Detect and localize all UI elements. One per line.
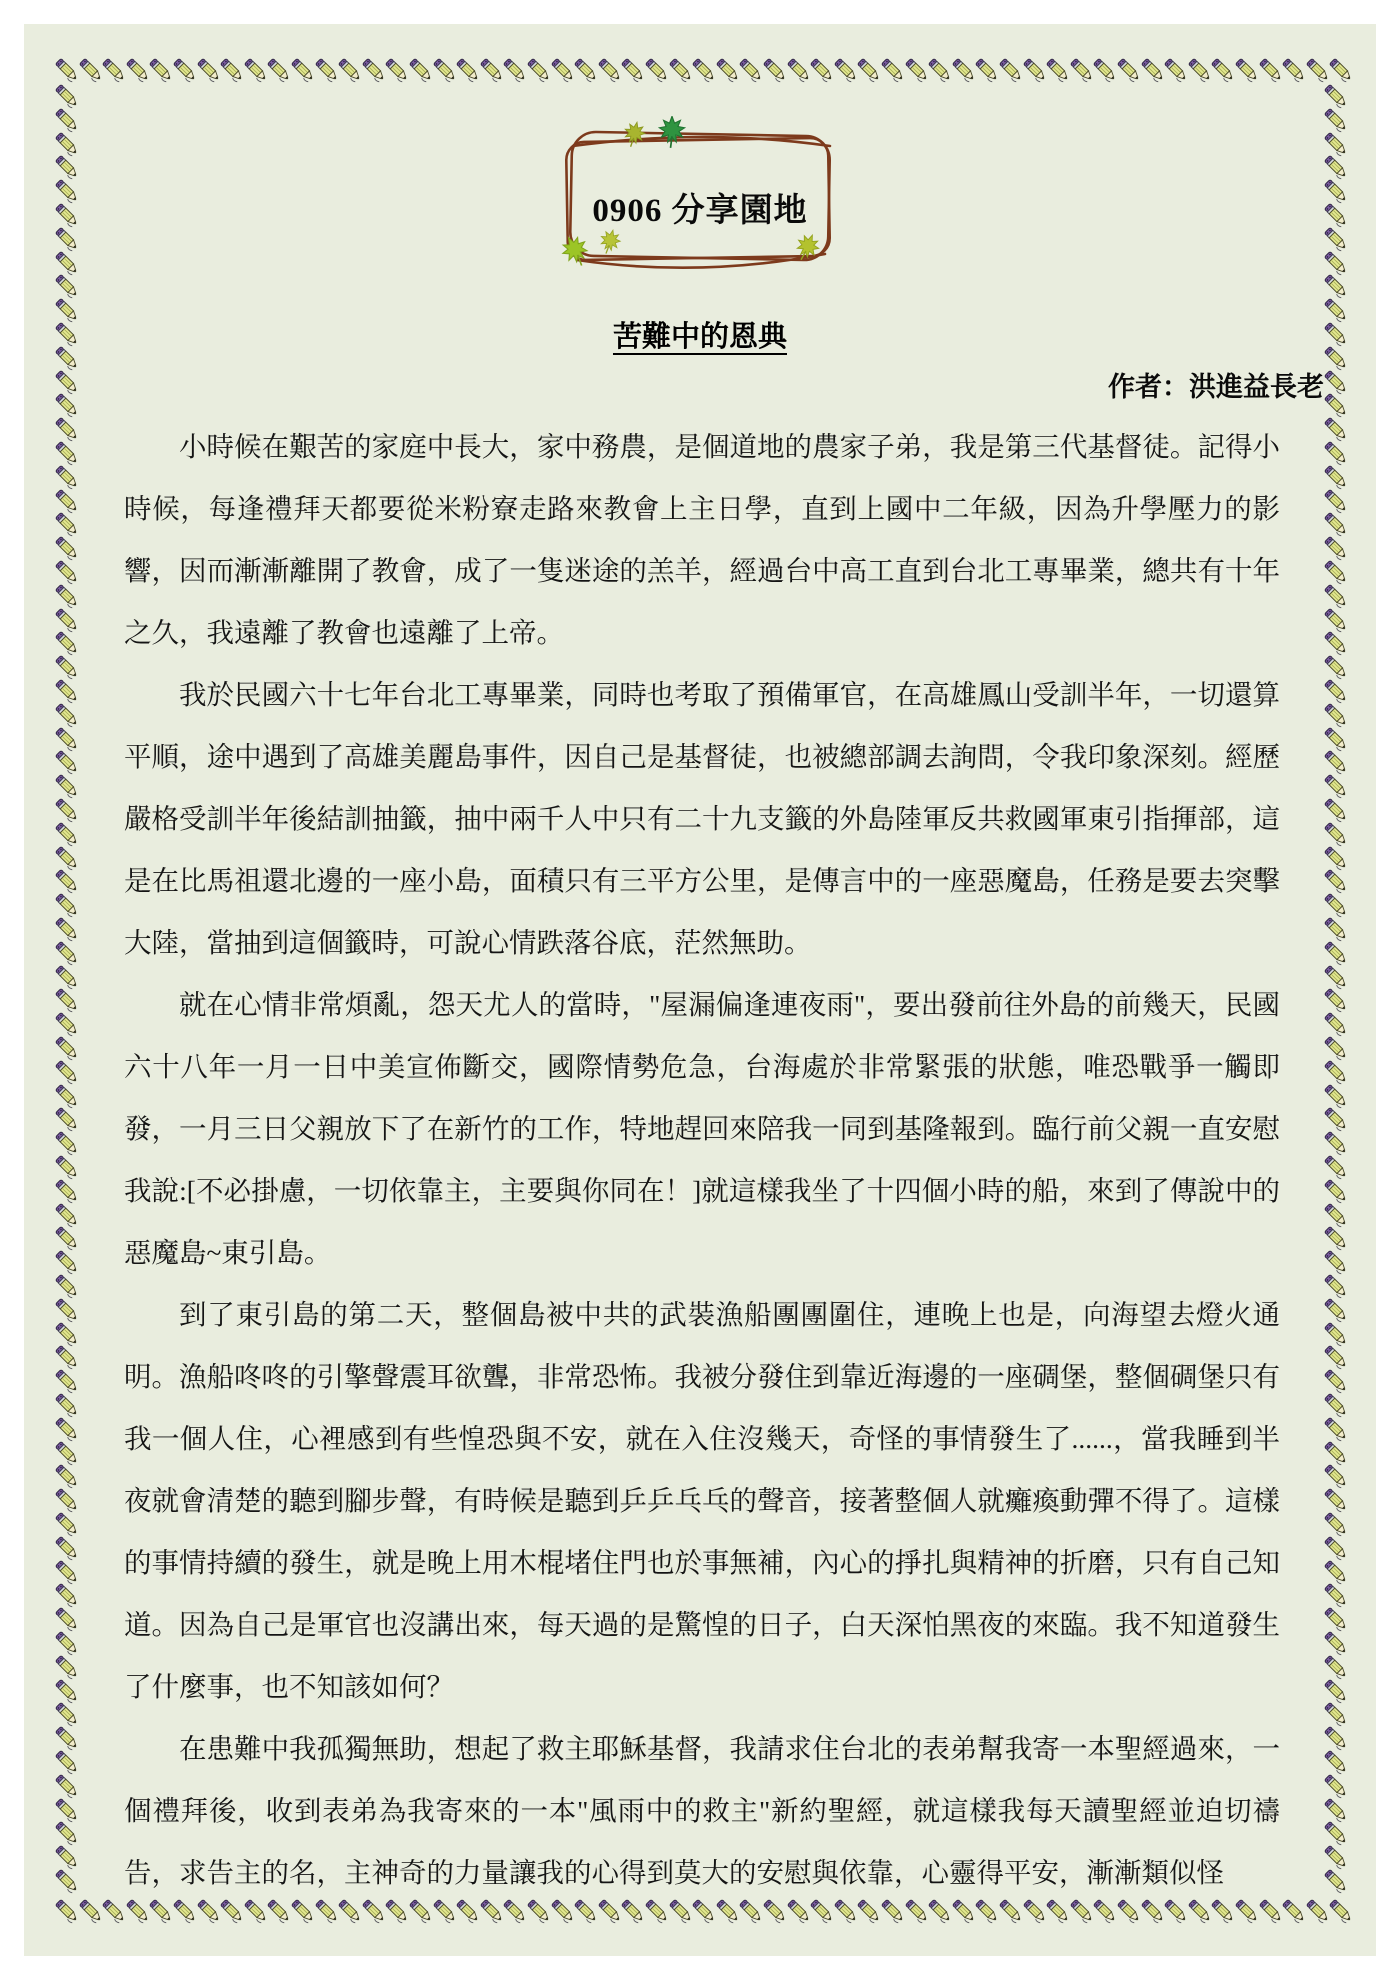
- article-paragraph: 到了東引島的第二天，整個島被中共的武裝漁船團團圍住，連晚上也是，向海望去燈火通明…: [124, 1284, 1280, 1718]
- article-paragraph: 在患難中我孤獨無助，想起了救主耶穌基督，我請求住台北的表弟幫我寄一本聖經過來，一…: [124, 1718, 1280, 1904]
- article-paragraph: 就在心情非常煩亂，怨天尤人的當時，"屋漏偏逢連夜雨"，要出發前往外島的前幾天，民…: [124, 974, 1280, 1284]
- article-paragraph: 我於民國六十七年台北工專畢業，同時也考取了預備軍官，在高雄鳳山受訓半年，一切還算…: [124, 664, 1280, 974]
- article-body: 小時候在艱苦的家庭中長大，家中務農，是個道地的農家子弟，我是第三代基督徒。記得小…: [124, 416, 1280, 1904]
- masthead-banner: 0906 分享園地: [555, 116, 845, 288]
- newsletter-page: 0906 分享園地 苦難中的恩典 作者：洪進益長老 小時候在艱苦的家庭中長大，家…: [0, 0, 1400, 1980]
- page-sheet: 0906 分享園地 苦難中的恩典 作者：洪進益長老 小時候在艱苦的家庭中長大，家…: [24, 24, 1376, 1956]
- article-paragraph: 小時候在艱苦的家庭中長大，家中務農，是個道地的農家子弟，我是第三代基督徒。記得小…: [124, 416, 1280, 664]
- author-line: 作者：洪進益長老: [24, 365, 1324, 404]
- masthead-title: 0906 分享園地: [555, 116, 845, 288]
- article-title: 苦難中的恩典: [613, 314, 787, 355]
